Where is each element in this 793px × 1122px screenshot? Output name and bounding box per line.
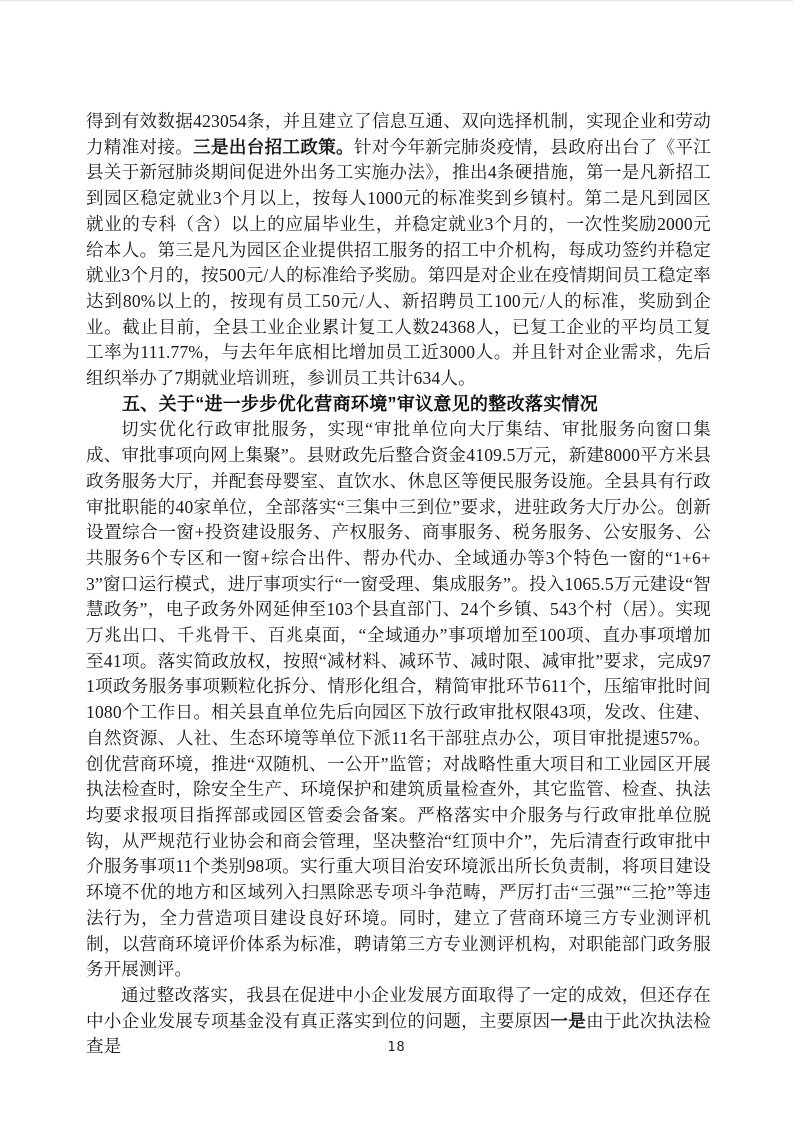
scan-edge-shadow [0,0,793,2]
paragraph-summary-bold-phrase: 一是 [550,1011,586,1031]
paragraph-business-environment: 切实优化行政审批服务，实现“审批单位向大厅集结、审批服务向窗口集成、审批事项向网… [86,417,711,982]
paragraph-employment-bold-phrase: 三是出台招工政策。 [193,137,354,157]
paragraph-employment-policy: 得到有效数据423054条，并且建立了信息互通、双向选择机制，实现企业和劳动力精… [86,109,711,392]
paragraph-employment-text-body: 针对今年新完肺炎疫情，县政府出台了《平江县关于新冠肺炎期间促进外出务工实施办法》… [86,137,711,388]
page-footer: 18 [0,1038,793,1056]
section-heading-five: 五、关于“进一步步优化营商环境”审议意见的整改落实情况 [86,392,711,418]
page-number: 18 [387,1039,405,1055]
document-body: 得到有效数据423054条，并且建立了信息互通、双向选择机制，实现企业和劳动力精… [86,109,711,1060]
